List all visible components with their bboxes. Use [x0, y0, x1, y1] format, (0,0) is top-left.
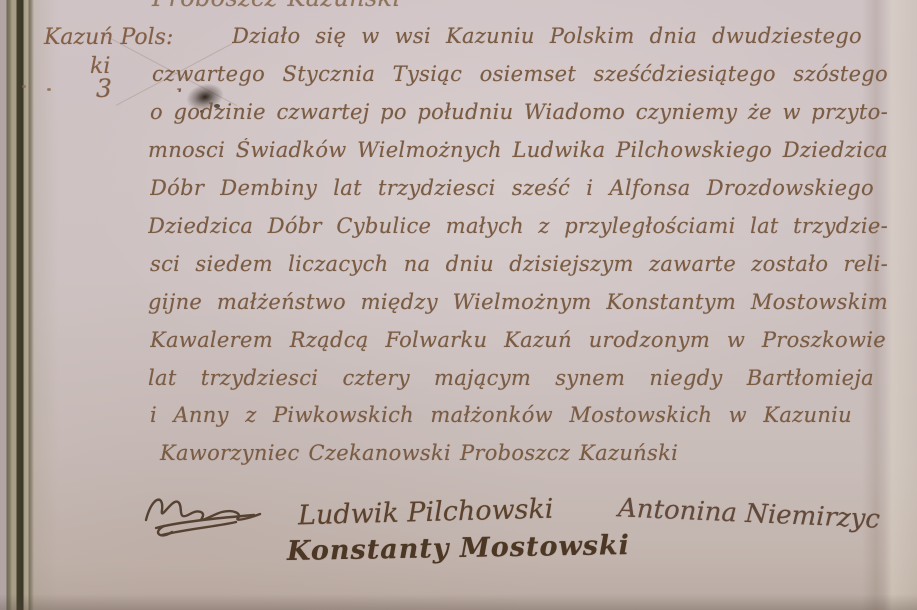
bottom-edge-shadow [0, 594, 917, 610]
ink-dot [22, 85, 26, 88]
manuscript-line-10: lat trzydziesci cztery mającym synem nie… [148, 366, 874, 396]
signature-ludwik-pilchowski: Ludwik Pilchowski [298, 494, 554, 532]
manuscript-scan: { "doc": { "header_fragment": "Proboszcz… [0, 0, 917, 610]
manuscript-line-5: Dóbr Dembiny lat trzydziesci sześć i Alf… [150, 176, 874, 206]
signature-konstanty-mostowski: Konstanty Mostowski [287, 530, 630, 567]
signature-antonina-niemirzyc: Antonina Niemirzyc [617, 493, 880, 534]
record-number: 3 [96, 74, 112, 103]
manuscript-line-3: o godzinie czwartej po południu Wiadomo … [150, 100, 888, 130]
manuscript-line-1: Działo się w wsi Kazuniu Polskim dnia dw… [232, 24, 862, 54]
register-page: Proboszcz Kazuński Kazuń Pols: ki 3 Dzia… [0, 0, 917, 610]
book-binding-edge [0, 0, 60, 610]
manuscript-line-6: Dziedzica Dóbr Cybulice małych z przyleg… [148, 214, 888, 244]
manuscript-line-9: Kawalerem Rządcą Folwarku Kazuń urodzony… [150, 328, 886, 358]
manuscript-line-8: gijne małżeństwo między Wielmożnym Konst… [148, 290, 888, 320]
previous-entry-fragment: Proboszcz Kazuński [152, 0, 400, 12]
manuscript-line-11: i Anny z Piwkowskich małżonków Mostowski… [150, 403, 852, 433]
margin-place-note-line1: Kazuń Pols: [44, 25, 173, 50]
manuscript-line-7: sci siedem liczacych na dniu dzisiejszym… [150, 252, 888, 282]
ink-dot [47, 88, 51, 91]
manuscript-line-4: mnosci Świadków Wielmożnych Ludwika Pilc… [148, 138, 888, 168]
manuscript-line-2: czwartego Stycznia Tysiąc osiemset sześć… [152, 62, 888, 92]
officiant-signature-flourish [138, 488, 298, 548]
manuscript-line-12: Kaworzyniec Czekanowski Proboszcz Kazuńs… [160, 441, 678, 465]
